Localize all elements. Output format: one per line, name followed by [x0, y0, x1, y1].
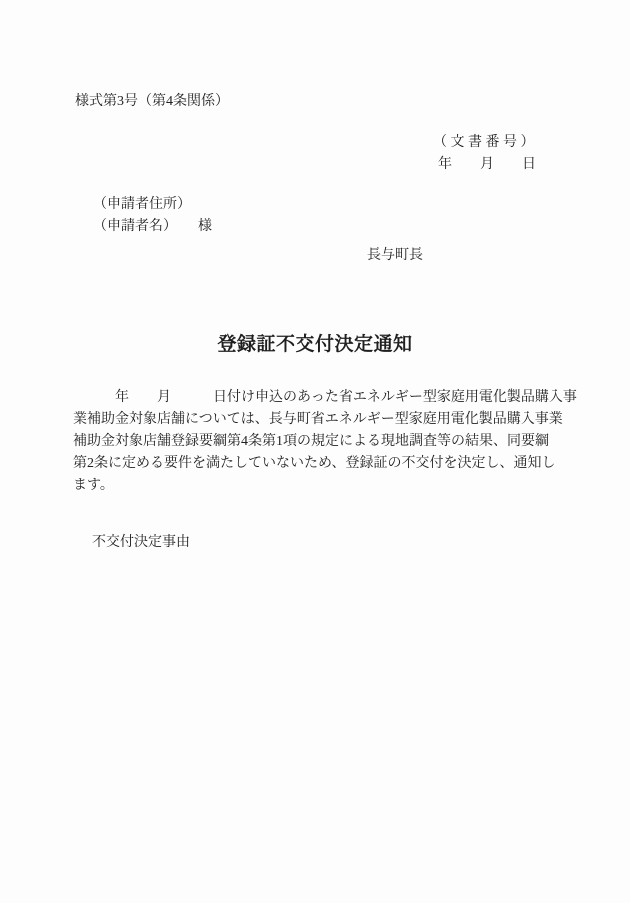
body-line: 補助金対象店舗登録要綱第4条第1項の規定による現地調査等の結果、同要綱: [73, 431, 578, 453]
body-line: 年 月 日付け申込のあった省エネルギー型家庭用電化製品購入事: [73, 387, 578, 409]
body-line: 業補助金対象店舗については、長与町省エネルギー型家庭用電化製品購入事業: [73, 409, 578, 431]
body-line: 第2条に定める要件を満たしていないため、登録証の不交付を決定し、通知し: [73, 453, 578, 475]
body-line: ます。: [73, 475, 578, 497]
sender-mayor-name: 長与町長: [367, 246, 423, 266]
notice-body: 年 月 日付け申込のあった省エネルギー型家庭用電化製品購入事 業補助金対象店舗に…: [73, 387, 578, 497]
document-page: 様式第3号（第4条関係） （ 文 書 番 号 ） 年 月 日 （申請者住所） （…: [0, 0, 630, 903]
date-field: 年 月 日: [438, 155, 536, 175]
reason-section-heading: 不交付決定事由: [92, 533, 190, 553]
document-number-field: （ 文 書 番 号 ）: [433, 133, 535, 153]
applicant-name-field: （申請者名） 様: [93, 217, 212, 237]
notice-title: 登録証不交付決定通知: [0, 329, 630, 356]
applicant-address-field: （申請者住所）: [93, 195, 191, 215]
form-number-line: 様式第3号（第4条関係）: [75, 92, 229, 112]
